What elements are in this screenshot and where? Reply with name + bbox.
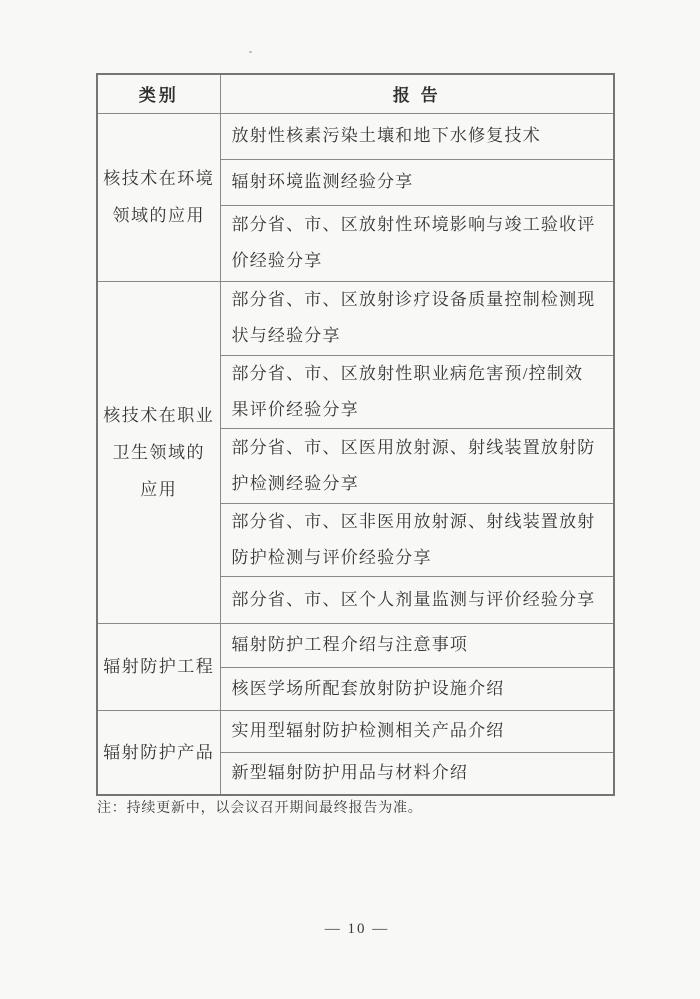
- report-cell: 部分省、市、区放射性职业病危害预/控制效果评价经验分享: [220, 355, 614, 428]
- scan-artifact-dot: [249, 51, 252, 53]
- category-line: 卫生领域的: [98, 434, 220, 471]
- report-cell: 核医学场所配套放射防护设施介绍: [220, 667, 614, 710]
- report-cell: 部分省、市、区医用放射源、射线装置放射防护检测经验分享: [220, 428, 614, 503]
- table-row: 核技术在职业 卫生领域的 应用 部分省、市、区放射诊疗设备质量控制检测现状与经验…: [97, 281, 614, 355]
- report-cell: 辐射环境监测经验分享: [220, 159, 614, 205]
- report-cell: 部分省、市、区放射诊疗设备质量控制检测现状与经验分享: [220, 281, 614, 355]
- category-line: 辐射防护工程: [98, 648, 220, 685]
- table-row: 辐射防护产品 实用型辐射防护检测相关产品介绍: [97, 710, 614, 752]
- table-row: 核技术在环境 领域的应用 放射性核素污染土壤和地下水修复技术: [97, 113, 614, 159]
- column-header-category: 类别: [97, 74, 220, 113]
- report-cell: 放射性核素污染土壤和地下水修复技术: [220, 113, 614, 159]
- report-cell: 新型辐射防护用品与材料介绍: [220, 752, 614, 795]
- table-header-row: 类别 报 告: [97, 74, 614, 113]
- category-cell-protection-engineering: 辐射防护工程: [97, 623, 220, 710]
- category-line: 辐射防护产品: [98, 734, 220, 771]
- category-cell-protection-products: 辐射防护产品: [97, 710, 220, 795]
- category-line: 核技术在环境: [98, 160, 220, 197]
- column-header-report: 报 告: [220, 74, 614, 113]
- report-cell: 部分省、市、区放射性环境影响与竣工验收评价经验分享: [220, 205, 614, 281]
- category-line: 核技术在职业: [98, 397, 220, 434]
- category-cell-environment: 核技术在环境 领域的应用: [97, 113, 220, 281]
- category-line: 领域的应用: [98, 197, 220, 234]
- document-page: 类别 报 告 核技术在环境 领域的应用 放射性核素污染土壤和地下水修复技术 辐射…: [0, 0, 700, 999]
- report-cell: 辐射防护工程介绍与注意事项: [220, 623, 614, 667]
- page-number: — 10 —: [7, 921, 700, 938]
- report-cell: 实用型辐射防护检测相关产品介绍: [220, 710, 614, 752]
- report-cell: 部分省、市、区非医用放射源、射线装置放射防护检测与评价经验分享: [220, 503, 614, 576]
- report-cell: 部分省、市、区个人剂量监测与评价经验分享: [220, 576, 614, 623]
- category-line: 应用: [98, 471, 220, 508]
- category-cell-occupational-health: 核技术在职业 卫生领域的 应用: [97, 281, 220, 623]
- footnote: 注：持续更新中，以会议召开期间最终报告为准。: [97, 797, 423, 817]
- table-row: 辐射防护工程 辐射防护工程介绍与注意事项: [97, 623, 614, 667]
- program-table: 类别 报 告 核技术在环境 领域的应用 放射性核素污染土壤和地下水修复技术 辐射…: [96, 73, 615, 796]
